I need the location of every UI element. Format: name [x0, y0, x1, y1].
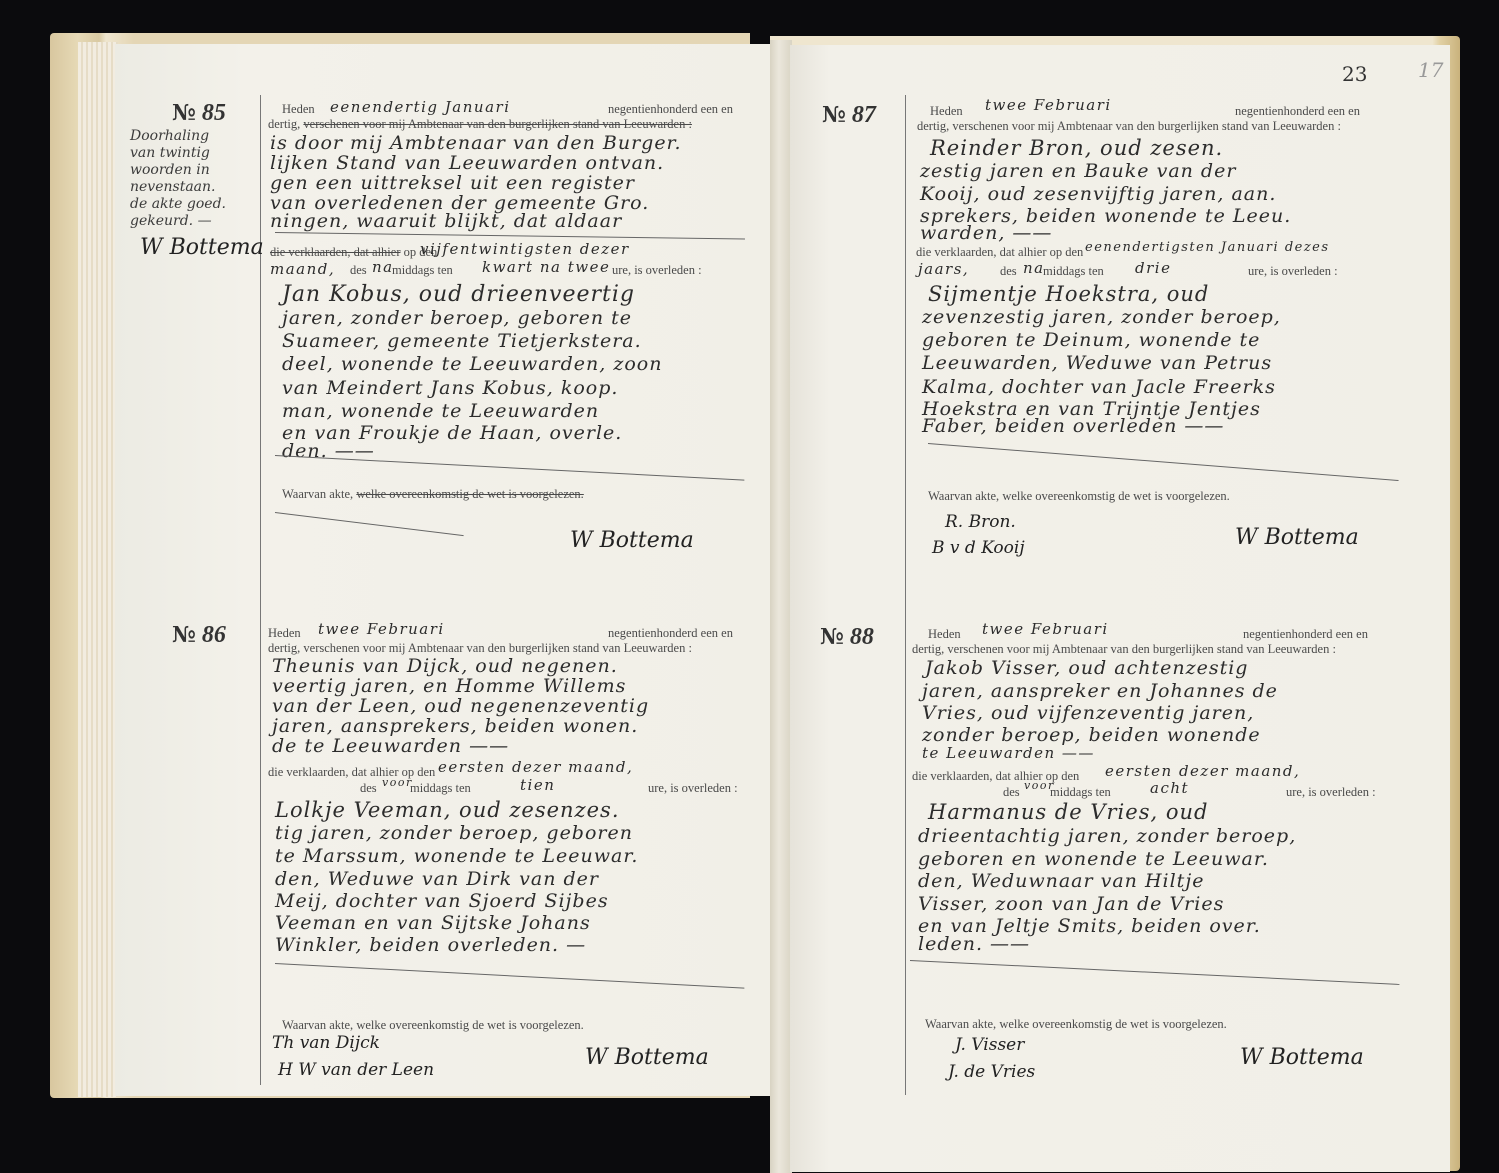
- printed-year: negentienhonderd een en: [1235, 104, 1360, 119]
- printed-year: negentienhonderd een en: [1243, 627, 1368, 642]
- printed-des: des: [1000, 264, 1017, 279]
- printed-line2: dertig, verschenen voor mij Ambtenaar va…: [268, 117, 692, 132]
- declarant-line: is door mij Ambtenaar van den Burger.: [270, 132, 682, 154]
- printed-middags: middags ten: [410, 781, 471, 796]
- deceased-line: Kalma, dochter van Jacle Freerks: [922, 376, 1276, 398]
- printed-heden: Heden: [282, 102, 315, 117]
- printed-verklaarden: die verklaarden, dat alhier op den: [916, 245, 1083, 260]
- declarant-line: jaren, aanspreker en Johannes de: [922, 680, 1278, 702]
- ampm: voor: [382, 776, 413, 789]
- entry-number: № 88: [820, 624, 874, 651]
- deceased-line: Lolkje Veeman, oud zesenzes.: [275, 798, 620, 822]
- deceased-line: van Meindert Jans Kobus, koop.: [282, 377, 618, 399]
- printed-des: des: [1003, 785, 1020, 800]
- entry-number: № 86: [172, 622, 226, 649]
- printed-des: des: [360, 781, 377, 796]
- printed-middags: middags ten: [1043, 264, 1104, 279]
- signature: B v d Kooij: [932, 538, 1025, 558]
- date-handwritten: twee Februari: [982, 620, 1109, 638]
- deceased-line: Suameer, gemeente Tietjerkstera.: [282, 330, 642, 352]
- signature: W Bottema: [1240, 1045, 1364, 1070]
- declarant-line: lijken Stand van Leeuwarden ontvan.: [270, 152, 664, 174]
- margin-signature: W Bottema: [140, 235, 264, 260]
- signature: J. Visser: [955, 1035, 1024, 1055]
- deceased-line: man, wonende te Leeuwarden: [282, 400, 599, 422]
- declarant-line: Theunis van Dijck, oud negenen.: [272, 655, 618, 677]
- deceased-line: tig jaren, zonder beroep, geboren: [275, 822, 633, 844]
- declarant-line: Reinder Bron, oud zesen.: [930, 136, 1223, 160]
- declarant-line: veertig jaren, en Homme Willems: [272, 675, 626, 697]
- right-margin-line: [905, 95, 906, 1095]
- ampm: na: [1023, 259, 1045, 277]
- deceased-line: jaren, zonder beroep, geboren te: [282, 307, 632, 329]
- death-day: vijfentwintigsten dezer: [420, 240, 630, 258]
- deceased-line: Winkler, beiden overleden. —: [275, 934, 586, 956]
- signature: W Bottema: [585, 1045, 709, 1070]
- declarant-line: de te Leeuwarden ——: [272, 735, 509, 757]
- printed-ure: ure, is overleden :: [1248, 264, 1338, 279]
- deceased-line: Leeuwarden, Weduwe van Petrus: [922, 352, 1272, 374]
- hour: acht: [1150, 779, 1189, 797]
- declarant-line: van der Leen, oud negenenzeventig: [272, 695, 649, 717]
- page-edges: [78, 42, 118, 1097]
- hour: drie: [1135, 259, 1171, 277]
- death-day: eersten dezer maand,: [438, 758, 633, 776]
- printed-ure: ure, is overleden :: [648, 781, 738, 796]
- printed-waarvan: Waarvan akte, welke overeenkomstig de we…: [282, 487, 584, 502]
- printed-waarvan: Waarvan akte, welke overeenkomstig de we…: [282, 1018, 584, 1033]
- deceased-line: Jan Kobus, oud drieenveertig: [282, 282, 635, 307]
- declarant-line: zestig jaren en Bauke van der: [920, 160, 1236, 182]
- deceased-line: geboren en wonende te Leeuwar.: [918, 848, 1269, 870]
- declarant-line: jaren, aansprekers, beiden wonen.: [272, 715, 638, 737]
- folio-mark: 17: [1418, 58, 1443, 82]
- declarant-line: Kooij, oud zesenvijftig jaren, aan.: [920, 183, 1276, 205]
- printed-verklaarden: die verklaarden, dat alhier op den: [270, 245, 437, 260]
- deceased-line: deel, wonende te Leeuwarden, zoon: [282, 353, 662, 375]
- declarant-line: Vries, oud vijfenzeventig jaren,: [922, 702, 1254, 724]
- printed-ure: ure, is overleden :: [612, 263, 702, 278]
- death-day: eersten dezer maand,: [1105, 762, 1300, 780]
- death-day-2: jaars,: [918, 260, 969, 278]
- printed-ure: ure, is overleden :: [1286, 785, 1376, 800]
- signature: H W van der Leen: [278, 1060, 434, 1080]
- printed-des: des: [350, 263, 367, 278]
- death-day-2: maand,: [270, 260, 335, 278]
- signature: W Bottema: [570, 528, 694, 553]
- deceased-line: zevenzestig jaren, zonder beroep,: [922, 306, 1281, 328]
- deceased-line: Faber, beiden overleden ——: [922, 415, 1224, 437]
- page-number: 23: [1342, 62, 1367, 86]
- printed-middags: middags ten: [392, 263, 453, 278]
- declarant-line: zonder beroep, beiden wonende: [922, 724, 1261, 746]
- deceased-line: geboren te Deinum, wonende te: [922, 329, 1260, 351]
- deceased-line: Meij, dochter van Sjoerd Sijbes: [275, 890, 609, 912]
- printed-waarvan: Waarvan akte, welke overeenkomstig de we…: [928, 489, 1230, 504]
- printed-line2: dertig, verschenen voor mij Ambtenaar va…: [917, 119, 1341, 134]
- deceased-line: leden. ——: [918, 933, 1030, 955]
- signature: R. Bron.: [945, 512, 1016, 532]
- printed-line2: dertig, verschenen voor mij Ambtenaar va…: [912, 642, 1336, 657]
- deceased-line: drieentachtig jaren, zonder beroep,: [918, 825, 1296, 847]
- date-handwritten: twee Februari: [318, 620, 445, 638]
- printed-heden: Heden: [928, 627, 961, 642]
- printed-waarvan: Waarvan akte, welke overeenkomstig de we…: [925, 1017, 1227, 1032]
- declarant-line: warden, ——: [920, 222, 1052, 244]
- deceased-line: den, Weduwnaar van Hiltje: [918, 870, 1204, 892]
- book-gutter: [770, 40, 792, 1173]
- signature: J. de Vries: [948, 1062, 1035, 1082]
- printed-middags: middags ten: [1050, 785, 1111, 800]
- declarant-line: te Leeuwarden ——: [922, 744, 1095, 762]
- deceased-line: Veeman en van Sijtske Johans: [275, 912, 591, 934]
- printed-year: negentienhonderd een en: [608, 626, 733, 641]
- printed-year: negentienhonderd een en: [608, 102, 733, 117]
- printed-line2: dertig, verschenen voor mij Ambtenaar va…: [268, 641, 692, 656]
- deceased-line: Visser, zoon van Jan de Vries: [918, 893, 1224, 915]
- death-day: eenendertigsten Januari dezes: [1085, 240, 1330, 255]
- deceased-line: den, Weduwe van Dirk van der: [275, 868, 599, 890]
- printed-heden: Heden: [930, 104, 963, 119]
- declarant-line: ningen, waaruit blijkt, dat aldaar: [270, 210, 622, 232]
- deceased-line: Harmanus de Vries, oud: [928, 800, 1208, 824]
- ampm: na: [372, 258, 394, 276]
- hour: tien: [520, 776, 555, 794]
- signature: W Bottema: [1235, 525, 1359, 550]
- margin-note: Doorhalingvan twintig woorden innevensta…: [130, 128, 226, 230]
- declarant-line: Jakob Visser, oud achtenzestig: [925, 657, 1248, 679]
- deceased-line: te Marssum, wonende te Leeuwar.: [275, 845, 638, 867]
- deceased-line: Sijmentje Hoekstra, oud: [928, 282, 1209, 306]
- printed-heden: Heden: [268, 626, 301, 641]
- entry-number: № 87: [822, 102, 876, 129]
- date-handwritten: twee Februari: [985, 96, 1112, 114]
- date-handwritten: eenendertig Januari: [330, 98, 511, 116]
- hour: kwart na twee: [482, 258, 610, 276]
- declarant-line: gen een uittreksel uit een register: [270, 172, 635, 194]
- entry-number: № 85: [172, 100, 226, 127]
- signature: Th van Dijck: [272, 1033, 380, 1053]
